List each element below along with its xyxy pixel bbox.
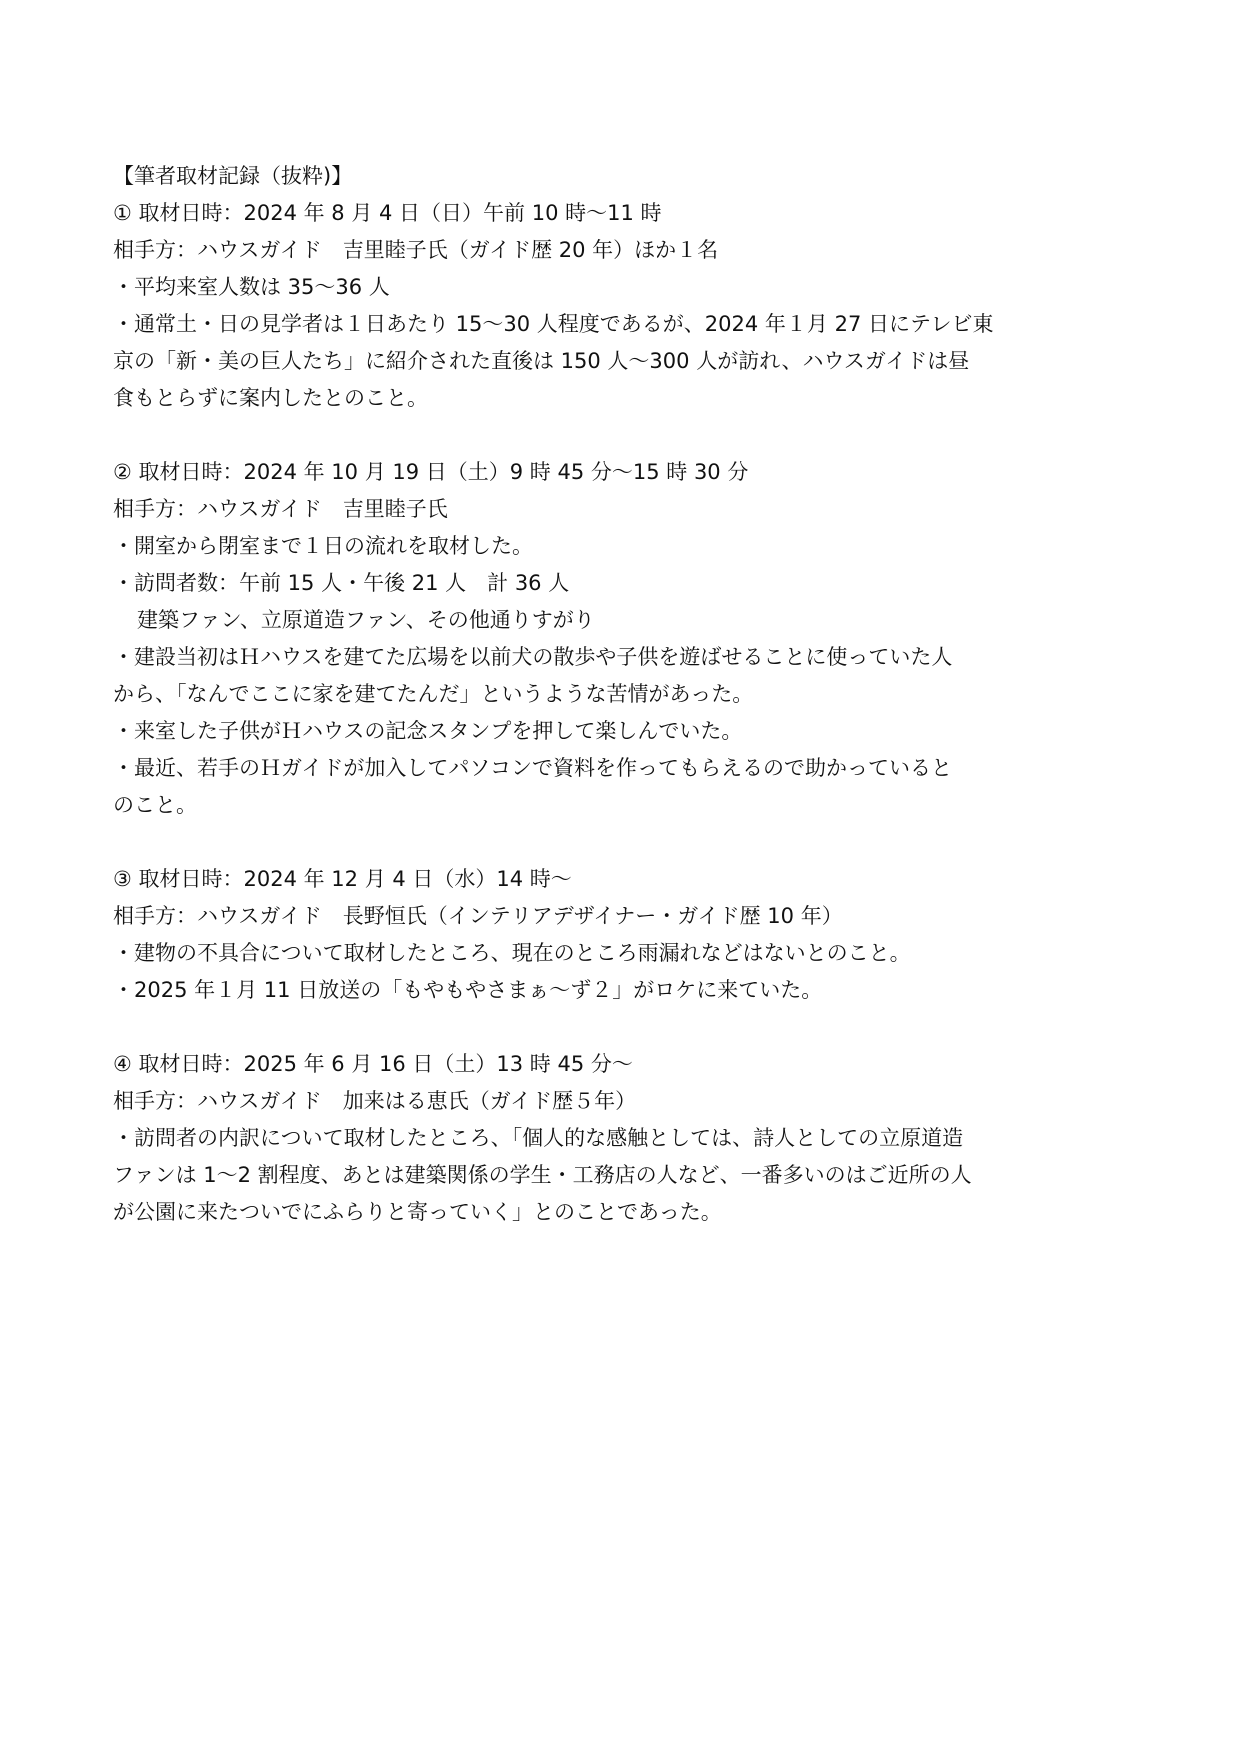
interview-note: ・建物の不具合について取材したところ、現在のところ雨漏れなどはないとのこと。 [113, 935, 1133, 972]
interview-note-continued: 食もとらずに案内したとのこと。 [113, 380, 1133, 417]
interview-note: ・最近、若手のＨガイドが加入してパソコンで資料を作ってもらえるので助かっていると [113, 750, 1133, 787]
section-spacer [113, 1009, 1133, 1046]
document-heading: 【筆者取材記録（抜粋)】 [113, 158, 1133, 195]
interview-counterpart: 相手方：ハウスガイド 長野恒氏（インテリアデザイナー・ガイド歴 10 年） [113, 898, 1133, 935]
interview-note-continued: ファンは 1〜2 割程度、あとは建築関係の学生・工務店の人など、一番多いのはご近… [113, 1157, 1133, 1194]
interview-note-continued: 京の「新・美の巨人たち」に紹介された直後は 150 人〜300 人が訪れ、ハウス… [113, 343, 1133, 380]
interview-note: ・訪問者の内訳について取材したところ、「個人的な感触としては、詩人としての立原道… [113, 1120, 1133, 1157]
interview-note: ・建設当初はＨハウスを建てた広場を以前犬の散歩や子供を遊ばせることに使っていた人 [113, 639, 1133, 676]
interview-datetime: ④ 取材日時：2025 年 6 月 16 日（土）13 時 45 分〜 [113, 1046, 1133, 1083]
interview-note: ・2025 年１月 11 日放送の「もやもやさまぁ〜ず２」がロケに来ていた。 [113, 972, 1133, 1009]
document-page: 【筆者取材記録（抜粋)】 ① 取材日時：2024 年 8 月 4 日（日）午前 … [113, 158, 1133, 1231]
interview-note-continued: が公園に来たついでにふらりと寄っていく」とのことであった。 [113, 1194, 1133, 1231]
interview-datetime: ② 取材日時：2024 年 10 月 19 日（土）9 時 45 分〜15 時 … [113, 454, 1133, 491]
interview-counterpart: 相手方：ハウスガイド 吉里睦子氏（ガイド歴 20 年）ほか１名 [113, 232, 1133, 269]
interview-note-continued: から、「なんでここに家を建てたんだ」というような苦情があった。 [113, 676, 1133, 713]
interview-counterpart: 相手方：ハウスガイド 加来はる恵氏（ガイド歴５年） [113, 1083, 1133, 1120]
interview-record-3: ③ 取材日時：2024 年 12 月 4 日（水）14 時〜 相手方：ハウスガイ… [113, 861, 1133, 1009]
interview-record-1: ① 取材日時：2024 年 8 月 4 日（日）午前 10 時〜11 時 相手方… [113, 195, 1133, 417]
interview-datetime: ① 取材日時：2024 年 8 月 4 日（日）午前 10 時〜11 時 [113, 195, 1133, 232]
interview-note: ・開室から閉室まで１日の流れを取材した。 [113, 528, 1133, 565]
interview-record-4: ④ 取材日時：2025 年 6 月 16 日（土）13 時 45 分〜 相手方：… [113, 1046, 1133, 1231]
interview-counterpart: 相手方：ハウスガイド 吉里睦子氏 [113, 491, 1133, 528]
interview-record-2: ② 取材日時：2024 年 10 月 19 日（土）9 時 45 分〜15 時 … [113, 454, 1133, 824]
interview-datetime: ③ 取材日時：2024 年 12 月 4 日（水）14 時〜 [113, 861, 1133, 898]
section-spacer [113, 417, 1133, 454]
interview-note: ・来室した子供がＨハウスの記念スタンプを押して楽しんでいた。 [113, 713, 1133, 750]
interview-note-indented: 建築ファン、立原道造ファン、その他通りすがり [113, 602, 1133, 639]
interview-note: ・訪問者数：午前 15 人・午後 21 人 計 36 人 [113, 565, 1133, 602]
interview-note: ・平均来室人数は 35〜36 人 [113, 269, 1133, 306]
interview-note-continued: のこと。 [113, 787, 1133, 824]
interview-note: ・通常土・日の見学者は１日あたり 15〜30 人程度であるが、2024 年１月 … [113, 306, 1133, 343]
section-spacer [113, 824, 1133, 861]
